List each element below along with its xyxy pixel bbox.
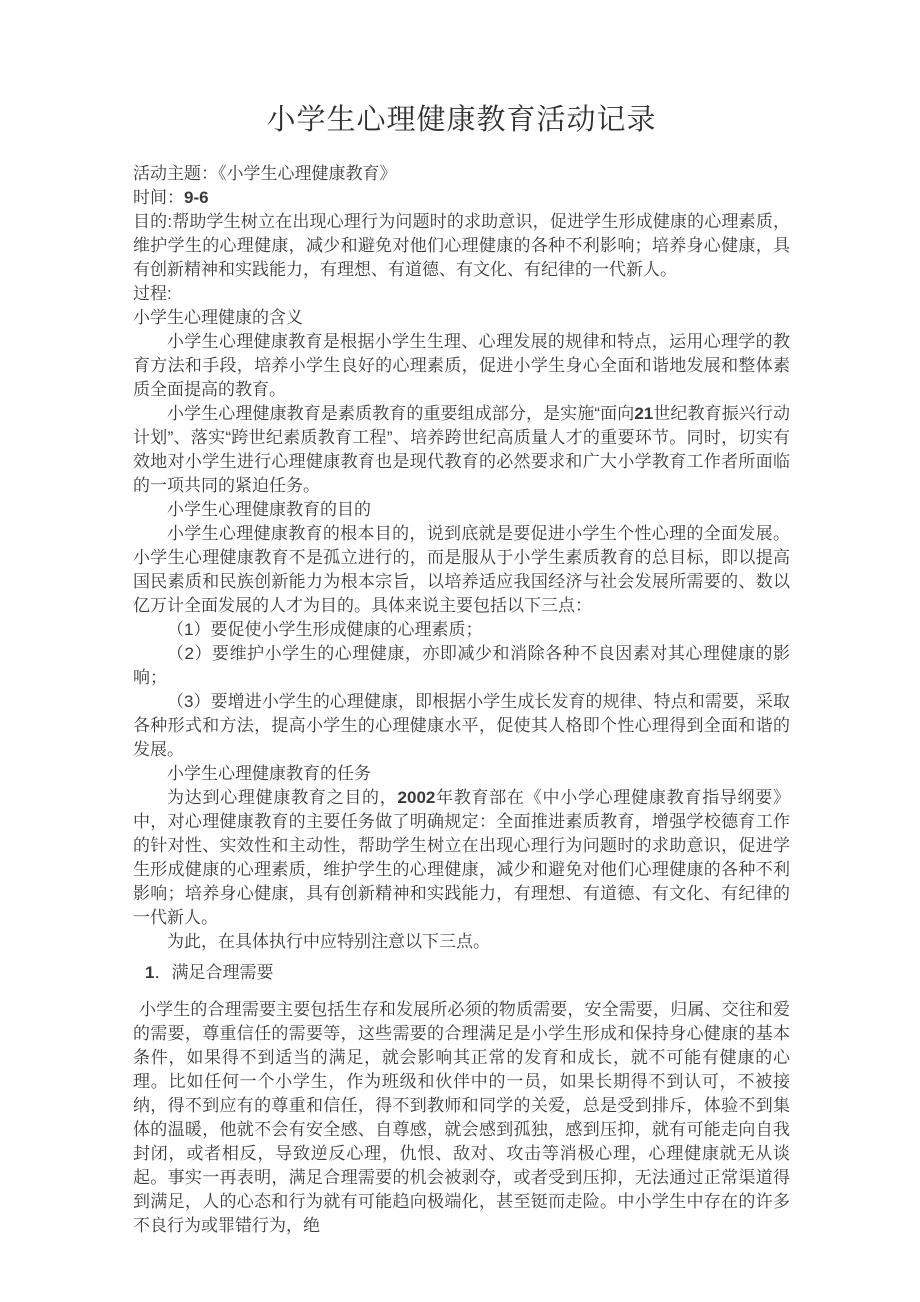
para-task-body: 为达到心理健康教育之目的，2002年教育部在《中小学心理健康教育指导纲要》中，对… [133, 786, 790, 930]
para-meaning-1: 小学生心理健康教育是根据小学生生理、心理发展的规律和特点，运用心理学的教育方法和… [133, 330, 790, 402]
text-run: 过程: [133, 284, 172, 303]
text-run-bold: 9-6 [184, 188, 209, 207]
para-meaning-2: 小学生心理健康教育是素质教育的重要组成部分，是实施“面向21世纪教育振兴行动计划… [133, 402, 790, 498]
text-run: 小学生心理健康教育是根据小学生生理、心理发展的规律和特点，运用心理学的教育方法和… [133, 332, 790, 399]
para-need-heading: 1．满足合理需要 [133, 961, 790, 985]
para-point-2: （2）要维护小学生的心理健康，亦即减少和消除各种不良因素对其心理健康的影响； [133, 642, 790, 690]
para-goal-body: 小学生心理健康教育的根本目的，说到底就是要促进小学生个性心理的全面发展。小学生心… [133, 522, 790, 618]
text-run: 为达到心理健康教育之目的， [167, 788, 398, 807]
document-page: 小学生心理健康教育活动记录 活动主题：《小学生心理健康教育》时间：9-6目的:帮… [0, 0, 920, 1302]
document-body: 活动主题：《小学生心理健康教育》时间：9-6目的:帮助学生树立在出现心理行为问题… [133, 162, 790, 1238]
text-run: ．满足合理需要 [154, 963, 273, 982]
text-run: 小学生心理健康的含义 [133, 308, 303, 327]
para-process: 过程: [133, 282, 790, 306]
text-run: 小学生心理健康教育的根本目的，说到底就是要促进小学生个性心理的全面发展。小学生心… [133, 524, 790, 615]
text-run: （2）要维护小学生的心理健康，亦即减少和消除各种不良因素对其心理健康的影响； [133, 644, 790, 687]
para-task-note: 为此，在具体执行中应特别注意以下三点。 [133, 930, 790, 954]
text-run-bold: 2002 [398, 788, 436, 807]
para-need-body: 小学生的合理需要主要包括生存和发展所必须的物质需要，安全需要，归属、交往和爱的需… [133, 998, 790, 1238]
text-run: 年教育部在《中小学心理健康教育指导纲要》中，对心理健康教育的主要任务做了明确规定… [133, 788, 790, 927]
para-point-1: （1）要促使小学生形成健康的心理素质； [133, 618, 790, 642]
para-purpose: 目的:帮助学生树立在出现心理行为问题时的求助意识，促进学生形成健康的心理素质，维… [133, 210, 790, 282]
text-run-bold: 21 [634, 404, 653, 423]
para-activity-theme: 活动主题：《小学生心理健康教育》 [133, 162, 790, 186]
text-run: 时间： [133, 188, 184, 207]
para-point-3: （3）要增进小学生的心理健康，即根据小学生成长发育的规律、特点和需要，采取各种形… [133, 690, 790, 762]
para-task-heading: 小学生心理健康教育的任务 [133, 762, 790, 786]
text-run: 小学生心理健康教育的目的 [167, 500, 371, 519]
text-run: 为此，在具体执行中应特别注意以下三点。 [167, 932, 490, 951]
text-run: 小学生的合理需要主要包括生存和发展所必须的物质需要，安全需要，归属、交往和爱的需… [133, 1000, 790, 1235]
para-meaning-heading: 小学生心理健康的含义 [133, 306, 790, 330]
text-run: （3）要增进小学生的心理健康，即根据小学生成长发育的规律、特点和需要，采取各种形… [133, 692, 790, 759]
para-time: 时间：9-6 [133, 186, 790, 210]
text-run: 小学生心理健康教育的任务 [167, 764, 371, 783]
text-run: 小学生心理健康教育是素质教育的重要组成部分，是实施“面向 [167, 404, 634, 423]
text-run: 目的:帮助学生树立在出现心理行为问题时的求助意识，促进学生形成健康的心理素质，维… [133, 212, 790, 279]
para-goal-heading: 小学生心理健康教育的目的 [133, 498, 790, 522]
document-title: 小学生心理健康教育活动记录 [133, 98, 790, 142]
text-run: （1）要促使小学生形成健康的心理素质； [167, 620, 482, 639]
document-content: 小学生心理健康教育活动记录 活动主题：《小学生心理健康教育》时间：9-6目的:帮… [133, 98, 790, 1238]
text-run: 活动主题：《小学生心理健康教育》 [133, 164, 397, 183]
